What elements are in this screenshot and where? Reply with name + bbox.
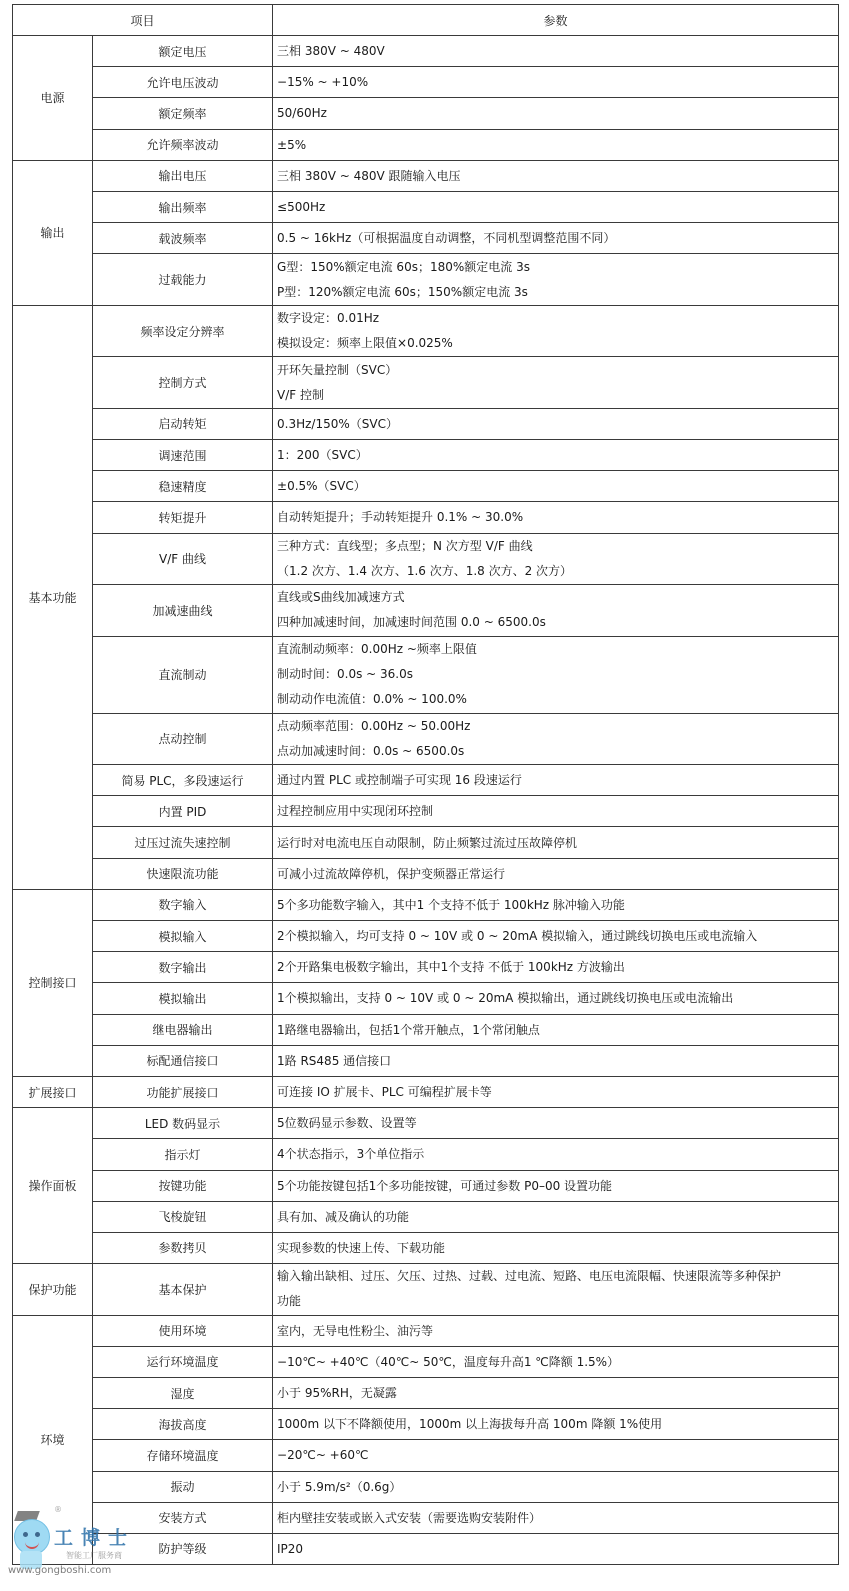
value-line: 可连接 IO 扩展卡、PLC 可编程扩展卡等 (277, 1077, 838, 1107)
value-line: 1：200（SVC） (277, 440, 838, 470)
table-row: 稳速精度±0.5%（SVC） (13, 471, 839, 502)
value-line: IP20 (277, 1534, 838, 1564)
value-line: 1路继电器输出，包括1个常开触点，1个常闭触点 (277, 1015, 838, 1045)
value-line: 室内，无导电性粉尘、油污等 (277, 1316, 838, 1346)
value-cell: 室内，无导电性粉尘、油污等 (273, 1315, 839, 1346)
value-line: 50/60Hz (277, 98, 838, 128)
value-cell: 三相 380V ~ 480V (273, 36, 839, 67)
item-cell: V/F 曲线 (93, 533, 273, 585)
value-cell: 实现参数的快速上传、下载功能 (273, 1232, 839, 1263)
item-cell: 允许电压波动 (93, 67, 273, 98)
item-cell: 转矩提升 (93, 502, 273, 533)
value-cell: 可减小过流故障停机，保护变频器正常运行 (273, 858, 839, 889)
value-cell: ≤500Hz (273, 191, 839, 222)
item-cell: LED 数码显示 (93, 1108, 273, 1139)
value-cell: 数字设定：0.01Hz模拟设定：频率上限值×0.025% (273, 305, 839, 357)
item-cell: 数字输出 (93, 952, 273, 983)
table-row: 防护等级IP20 (13, 1533, 839, 1564)
value-line: 具有加、减及确认的功能 (277, 1202, 838, 1232)
table-row: 模拟输入2个模拟输入，均可支持 0 ~ 10V 或 0 ~ 20mA 模拟输入，… (13, 921, 839, 952)
header-param: 参数 (273, 5, 839, 36)
item-cell: 快速限流功能 (93, 858, 273, 889)
table-row: 控制方式开环矢量控制（SVC）V/F 控制 (13, 357, 839, 409)
value-cell: 1000m 以下不降额使用，1000m 以上海拔每升高 100m 降额 1%使用 (273, 1409, 839, 1440)
value-line: P型：120%额定电流 60s；150%额定电流 3s (277, 280, 838, 305)
item-cell: 继电器输出 (93, 1014, 273, 1045)
item-cell: 输出电压 (93, 160, 273, 191)
table-row: 模拟输出1个模拟输出，支持 0 ~ 10V 或 0 ~ 20mA 模拟输出，通过… (13, 983, 839, 1014)
value-line: 过程控制应用中实现闭环控制 (277, 796, 838, 826)
value-line: G型：150%额定电流 60s；180%额定电流 3s (277, 255, 838, 280)
watermark-url: www.gongboshi.com (8, 1565, 111, 1576)
value-line: 点动加减速时间：0.0s ~ 6500.0s (277, 739, 838, 764)
table-row: V/F 曲线三种方式：直线型；多点型；N 次方型 V/F 曲线（1.2 次方、1… (13, 533, 839, 585)
value-line: 柜内壁挂安装或嵌入式安装（需要选购安装附件） (277, 1503, 838, 1533)
spec-body: 电源额定电压三相 380V ~ 480V允许电压波动−15% ~ +10%额定频… (13, 36, 839, 1565)
value-cell: 50/60Hz (273, 98, 839, 129)
table-row: 简易 PLC，多段速运行通过内置 PLC 或控制端子可实现 16 段速运行 (13, 765, 839, 796)
value-cell: 4个状态指示，3个单位指示 (273, 1139, 839, 1170)
value-cell: −20℃~ +60℃ (273, 1440, 839, 1471)
category-cell: 基本功能 (13, 305, 93, 889)
value-line: 运行时对电流电压自动限制，防止频繁过流过压故障停机 (277, 828, 838, 858)
value-line: 2个开路集电极数字输出，其中1个支持 不低于 100kHz 方波输出 (277, 952, 838, 982)
item-cell: 指示灯 (93, 1139, 273, 1170)
value-line: 功能 (277, 1289, 838, 1314)
table-row: 点动控制点动频率范围：0.00Hz ~ 50.00Hz点动加减速时间：0.0s … (13, 713, 839, 765)
value-cell: 具有加、减及确认的功能 (273, 1201, 839, 1232)
table-row: 继电器输出1路继电器输出，包括1个常开触点，1个常闭触点 (13, 1014, 839, 1045)
value-cell: 1个模拟输出，支持 0 ~ 10V 或 0 ~ 20mA 模拟输出，通过跳线切换… (273, 983, 839, 1014)
value-line: 5位数码显示参数、设置等 (277, 1108, 838, 1138)
value-cell: 1路继电器输出，包括1个常开触点，1个常闭触点 (273, 1014, 839, 1045)
value-line: 0.3Hz/150%（SVC） (277, 409, 838, 439)
item-cell: 输出频率 (93, 191, 273, 222)
table-row: 加减速曲线直线或S曲线加减速方式四种加减速时间，加减速时间范围 0.0 ~ 65… (13, 585, 839, 637)
item-cell: 基本保护 (93, 1264, 273, 1316)
table-row: 参数拷贝实现参数的快速上传、下载功能 (13, 1232, 839, 1263)
value-line: 4个状态指示，3个单位指示 (277, 1139, 838, 1169)
item-cell: 参数拷贝 (93, 1232, 273, 1263)
item-cell: 飞梭旋钮 (93, 1201, 273, 1232)
value-cell: 1路 RS485 通信接口 (273, 1045, 839, 1076)
table-row: 允许电压波动−15% ~ +10% (13, 67, 839, 98)
value-line: ≤500Hz (277, 192, 838, 222)
item-cell: 安装方式 (93, 1502, 273, 1533)
table-row: 标配通信接口1路 RS485 通信接口 (13, 1045, 839, 1076)
value-line: −15% ~ +10% (277, 67, 838, 97)
value-line: 通过内置 PLC 或控制端子可实现 16 段速运行 (277, 765, 838, 795)
value-line: 四种加减速时间，加减速时间范围 0.0 ~ 6500.0s (277, 610, 838, 635)
value-cell: 0.3Hz/150%（SVC） (273, 408, 839, 439)
value-cell: 小于 5.9m/s²（0.6g） (273, 1471, 839, 1502)
table-row: 指示灯4个状态指示，3个单位指示 (13, 1139, 839, 1170)
value-line: −20℃~ +60℃ (277, 1440, 838, 1470)
table-row: 安装方式柜内壁挂安装或嵌入式安装（需要选购安装附件） (13, 1502, 839, 1533)
value-line: 三相 380V ~ 480V 跟随输入电压 (277, 161, 838, 191)
item-cell: 模拟输出 (93, 983, 273, 1014)
item-cell: 按键功能 (93, 1170, 273, 1201)
item-cell: 过载能力 (93, 254, 273, 306)
value-cell: 通过内置 PLC 或控制端子可实现 16 段速运行 (273, 765, 839, 796)
value-line: 1000m 以下不降额使用，1000m 以上海拔每升高 100m 降额 1%使用 (277, 1409, 838, 1439)
table-row: 环境使用环境室内，无导电性粉尘、油污等 (13, 1315, 839, 1346)
value-cell: 开环矢量控制（SVC）V/F 控制 (273, 357, 839, 409)
item-cell: 允许频率波动 (93, 129, 273, 160)
value-line: ±0.5%（SVC） (277, 471, 838, 501)
table-row: 湿度小于 95%RH，无凝露 (13, 1377, 839, 1408)
table-row: 调速范围1：200（SVC） (13, 440, 839, 471)
value-cell: 三种方式：直线型；多点型；N 次方型 V/F 曲线（1.2 次方、1.4 次方、… (273, 533, 839, 585)
item-cell: 频率设定分辨率 (93, 305, 273, 357)
value-line: 输入输出缺相、过压、欠压、过热、过载、过电流、短路、电压电流限幅、快速限流等多种… (277, 1264, 838, 1289)
table-row: 运行环境温度−10℃~ +40℃（40℃~ 50℃，温度每升高1 ℃降额 1.5… (13, 1346, 839, 1377)
table-row: 保护功能基本保护输入输出缺相、过压、欠压、过热、过载、过电流、短路、电压电流限幅… (13, 1264, 839, 1316)
value-line: 开环矢量控制（SVC） (277, 358, 838, 383)
item-cell: 内置 PID (93, 796, 273, 827)
table-row: 快速限流功能可减小过流故障停机，保护变频器正常运行 (13, 858, 839, 889)
value-line: 制动时间：0.0s ~ 36.0s (277, 662, 838, 687)
table-row: 数字输出2个开路集电极数字输出，其中1个支持 不低于 100kHz 方波输出 (13, 952, 839, 983)
value-line: 1个模拟输出，支持 0 ~ 10V 或 0 ~ 20mA 模拟输出，通过跳线切换… (277, 983, 838, 1013)
item-cell: 防护等级 (93, 1533, 273, 1564)
table-row: 按键功能5个功能按键包括1个多功能按键，可通过参数 P0–00 设置功能 (13, 1170, 839, 1201)
value-line: （1.2 次方、1.4 次方、1.6 次方、1.8 次方、2 次方） (277, 559, 838, 584)
value-cell: 柜内壁挂安装或嵌入式安装（需要选购安装附件） (273, 1502, 839, 1533)
category-cell: 电源 (13, 36, 93, 161)
value-cell: ±0.5%（SVC） (273, 471, 839, 502)
value-line: 模拟设定：频率上限值×0.025% (277, 331, 838, 356)
category-cell: 输出 (13, 160, 93, 305)
item-cell: 简易 PLC，多段速运行 (93, 765, 273, 796)
item-cell: 控制方式 (93, 357, 273, 409)
value-line: 小于 95%RH，无凝露 (277, 1378, 838, 1408)
table-row: 控制接口数字输入5个多功能数字输入，其中1 个支持不低于 100kHz 脉冲输入… (13, 889, 839, 920)
item-cell: 过压过流失速控制 (93, 827, 273, 858)
item-cell: 点动控制 (93, 713, 273, 765)
value-cell: IP20 (273, 1533, 839, 1564)
value-cell: −15% ~ +10% (273, 67, 839, 98)
value-line: 制动动作电流值：0.0% ~ 100.0% (277, 687, 838, 712)
value-cell: −10℃~ +40℃（40℃~ 50℃，温度每升高1 ℃降额 1.5%） (273, 1346, 839, 1377)
value-line: V/F 控制 (277, 383, 838, 408)
value-cell: 输入输出缺相、过压、欠压、过热、过载、过电流、短路、电压电流限幅、快速限流等多种… (273, 1264, 839, 1316)
item-cell: 直流制动 (93, 636, 273, 713)
value-line: 数字设定：0.01Hz (277, 306, 838, 331)
value-cell: 自动转矩提升；手动转矩提升 0.1% ~ 30.0% (273, 502, 839, 533)
item-cell: 使用环境 (93, 1315, 273, 1346)
item-cell: 存储环境温度 (93, 1440, 273, 1471)
value-line: 可减小过流故障停机，保护变频器正常运行 (277, 859, 838, 889)
value-cell: 运行时对电流电压自动限制，防止频繁过流过压故障停机 (273, 827, 839, 858)
item-cell: 标配通信接口 (93, 1045, 273, 1076)
table-row: 载波频率0.5 ~ 16kHz（可根据温度自动调整，不同机型调整范围不同） (13, 223, 839, 254)
value-cell: 直线或S曲线加减速方式四种加减速时间，加减速时间范围 0.0 ~ 6500.0s (273, 585, 839, 637)
table-row: 转矩提升自动转矩提升；手动转矩提升 0.1% ~ 30.0% (13, 502, 839, 533)
item-cell: 湿度 (93, 1377, 273, 1408)
header-item: 项目 (13, 5, 273, 36)
category-cell: 控制接口 (13, 889, 93, 1076)
value-line: 点动频率范围：0.00Hz ~ 50.00Hz (277, 714, 838, 739)
value-cell: 可连接 IO 扩展卡、PLC 可编程扩展卡等 (273, 1076, 839, 1107)
item-cell: 启动转矩 (93, 408, 273, 439)
table-row: 过载能力G型：150%额定电流 60s；180%额定电流 3sP型：120%额定… (13, 254, 839, 306)
value-cell: 5个多功能数字输入，其中1 个支持不低于 100kHz 脉冲输入功能 (273, 889, 839, 920)
item-cell: 振动 (93, 1471, 273, 1502)
value-line: 直流制动频率：0.00Hz ~频率上限值 (277, 637, 838, 662)
value-line: 1路 RS485 通信接口 (277, 1046, 838, 1076)
table-row: 额定频率50/60Hz (13, 98, 839, 129)
value-line: 实现参数的快速上传、下载功能 (277, 1233, 838, 1263)
value-cell: 0.5 ~ 16kHz（可根据温度自动调整，不同机型调整范围不同） (273, 223, 839, 254)
category-cell: 操作面板 (13, 1108, 93, 1264)
value-cell: 点动频率范围：0.00Hz ~ 50.00Hz点动加减速时间：0.0s ~ 65… (273, 713, 839, 765)
table-row: 扩展接口功能扩展接口可连接 IO 扩展卡、PLC 可编程扩展卡等 (13, 1076, 839, 1107)
value-line: 三相 380V ~ 480V (277, 36, 838, 66)
value-cell: 1：200（SVC） (273, 440, 839, 471)
value-cell: G型：150%额定电流 60s；180%额定电流 3sP型：120%额定电流 6… (273, 254, 839, 306)
value-line: 5个功能按键包括1个多功能按键，可通过参数 P0–00 设置功能 (277, 1171, 838, 1201)
item-cell: 运行环境温度 (93, 1346, 273, 1377)
item-cell: 海拔高度 (93, 1409, 273, 1440)
item-cell: 功能扩展接口 (93, 1076, 273, 1107)
table-row: 直流制动直流制动频率：0.00Hz ~频率上限值制动时间：0.0s ~ 36.0… (13, 636, 839, 713)
category-cell: 环境 (13, 1315, 93, 1565)
item-cell: 额定频率 (93, 98, 273, 129)
item-cell: 调速范围 (93, 440, 273, 471)
value-line: 2个模拟输入，均可支持 0 ~ 10V 或 0 ~ 20mA 模拟输入，通过跳线… (277, 921, 838, 951)
value-line: −10℃~ +40℃（40℃~ 50℃，温度每升高1 ℃降额 1.5%） (277, 1347, 838, 1377)
value-cell: 5个功能按键包括1个多功能按键，可通过参数 P0–00 设置功能 (273, 1170, 839, 1201)
value-cell: 5位数码显示参数、设置等 (273, 1108, 839, 1139)
item-cell: 数字输入 (93, 889, 273, 920)
value-line: 0.5 ~ 16kHz（可根据温度自动调整，不同机型调整范围不同） (277, 223, 838, 253)
spec-table: 项目 参数 电源额定电压三相 380V ~ 480V允许电压波动−15% ~ +… (12, 4, 839, 1565)
value-cell: ±5% (273, 129, 839, 160)
category-cell: 扩展接口 (13, 1076, 93, 1107)
value-line: 5个多功能数字输入，其中1 个支持不低于 100kHz 脉冲输入功能 (277, 890, 838, 920)
item-cell: 额定电压 (93, 36, 273, 67)
value-line: 自动转矩提升；手动转矩提升 0.1% ~ 30.0% (277, 502, 838, 532)
table-row: 海拔高度1000m 以下不降额使用，1000m 以上海拔每升高 100m 降额 … (13, 1409, 839, 1440)
value-line: 三种方式：直线型；多点型；N 次方型 V/F 曲线 (277, 534, 838, 559)
value-cell: 直流制动频率：0.00Hz ~频率上限值制动时间：0.0s ~ 36.0s制动动… (273, 636, 839, 713)
value-line: ±5% (277, 130, 838, 160)
item-cell: 载波频率 (93, 223, 273, 254)
table-row: 内置 PID过程控制应用中实现闭环控制 (13, 796, 839, 827)
value-cell: 三相 380V ~ 480V 跟随输入电压 (273, 160, 839, 191)
value-line: 小于 5.9m/s²（0.6g） (277, 1472, 838, 1502)
table-row: 存储环境温度−20℃~ +60℃ (13, 1440, 839, 1471)
value-cell: 2个模拟输入，均可支持 0 ~ 10V 或 0 ~ 20mA 模拟输入，通过跳线… (273, 921, 839, 952)
table-row: 基本功能频率设定分辨率数字设定：0.01Hz模拟设定：频率上限值×0.025% (13, 305, 839, 357)
value-cell: 过程控制应用中实现闭环控制 (273, 796, 839, 827)
table-row: 飞梭旋钮具有加、减及确认的功能 (13, 1201, 839, 1232)
item-cell: 模拟输入 (93, 921, 273, 952)
value-cell: 小于 95%RH，无凝露 (273, 1377, 839, 1408)
category-cell: 保护功能 (13, 1264, 93, 1316)
table-row: 输出频率≤500Hz (13, 191, 839, 222)
table-row: 电源额定电压三相 380V ~ 480V (13, 36, 839, 67)
item-cell: 加减速曲线 (93, 585, 273, 637)
table-row: 输出输出电压三相 380V ~ 480V 跟随输入电压 (13, 160, 839, 191)
table-row: 过压过流失速控制运行时对电流电压自动限制，防止频繁过流过压故障停机 (13, 827, 839, 858)
table-row: 操作面板LED 数码显示5位数码显示参数、设置等 (13, 1108, 839, 1139)
value-line: 直线或S曲线加减速方式 (277, 585, 838, 610)
header-row: 项目 参数 (13, 5, 839, 36)
item-cell: 稳速精度 (93, 471, 273, 502)
table-row: 启动转矩0.3Hz/150%（SVC） (13, 408, 839, 439)
table-row: 允许频率波动±5% (13, 129, 839, 160)
table-row: 振动小于 5.9m/s²（0.6g） (13, 1471, 839, 1502)
value-cell: 2个开路集电极数字输出，其中1个支持 不低于 100kHz 方波输出 (273, 952, 839, 983)
